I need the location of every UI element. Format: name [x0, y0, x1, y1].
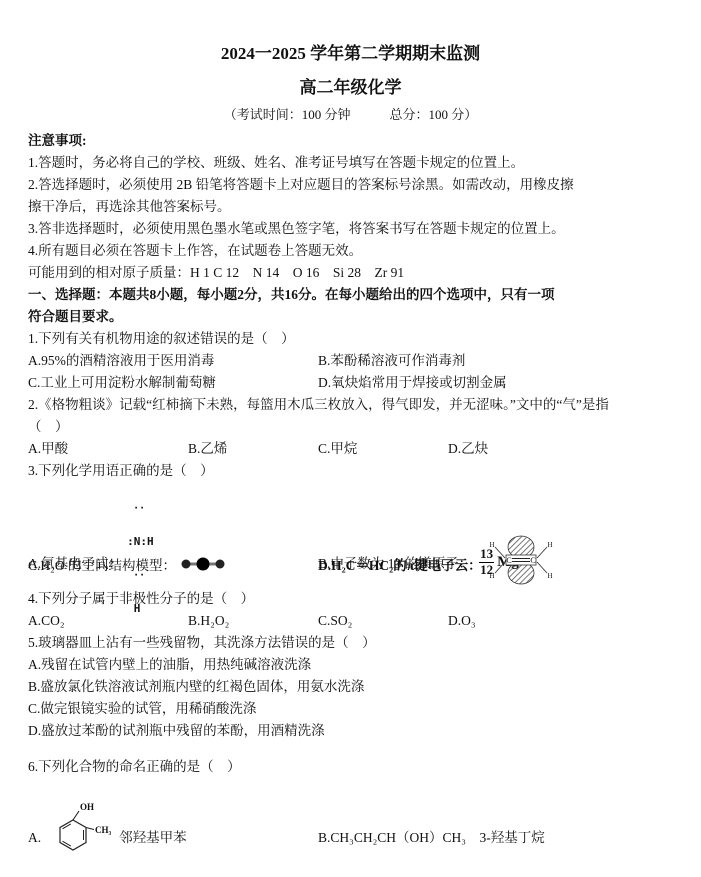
question-1-options: A.95%的酒精溶液用于医用消毒 B.苯酚稀溶液可作消毒剂 C.工业上可用淀粉水…: [28, 350, 673, 394]
question-2-options: A.甲酸 B.乙烯 C.甲烷 D.乙炔: [28, 438, 673, 460]
question-6-options: A. OH CH₃ 邻羟基甲苯 B.CH₃CH₂CH（OH）CH₃ 3-羟基丁烷: [28, 792, 673, 856]
q1-option-b: B.苯酚稀溶液可作消毒剂: [318, 350, 673, 372]
notices-heading: 注意事项:: [28, 130, 673, 152]
svg-text:C: C: [506, 556, 511, 565]
question-5-stem: 5.玻璃器皿上沾有一些残留物，其洗涤方法错误的是（ ）: [28, 632, 673, 654]
q5-option-d: D.盛放过苯酚的试剂瓶中残留的苯酚，用酒精洗涤: [28, 720, 673, 742]
q6-option-a-prefix: A.: [28, 830, 41, 856]
q5-option-a: A.残留在试管内壁上的油脂，用热纯碱溶液洗涤: [28, 654, 673, 676]
svg-text:OH: OH: [80, 802, 94, 812]
question-2-stem-line2: （ ）: [28, 416, 673, 438]
q1-option-c: C.工业上可用淀粉水解制葡萄糖: [28, 372, 318, 394]
section-heading-line2: 符合题目要求。: [28, 306, 673, 328]
svg-text:H: H: [547, 572, 552, 580]
q4-option-c: C.SO₂: [318, 610, 448, 632]
svg-text:H: H: [489, 541, 494, 549]
q6-option-a: A. OH CH₃ 邻羟基甲苯: [28, 800, 318, 856]
svg-text:C: C: [530, 556, 535, 565]
q1-option-a: A.95%的酒精溶液用于医用消毒: [28, 350, 318, 372]
atomic-mass-note: 可能用到的相对原子质量：H 1 C 12 N 14 O 16 Si 28 Zr …: [28, 262, 673, 284]
q4-option-b: B.H₂O₂: [188, 610, 318, 632]
notice-item-1: 1.答题时，务必将自己的学校、班级、姓名、准考证号填写在答题卡规定的位置上。: [28, 152, 673, 174]
q3-option-d: D.H₂C＝HC₂的π键电子云： C C H H: [318, 541, 673, 587]
q4-option-d: D.O₃: [448, 610, 673, 632]
q2-option-a: A.甲酸: [28, 438, 188, 460]
q5-option-b: B.盛放氯化铁溶液试剂瓶内壁的红褐色固体，用氨水洗涤: [28, 676, 673, 698]
notice-item-3: 3.答非选择题时，必须使用黑色墨水笔或黑色签字笔，将答案书写在答题卡规定的位置上…: [28, 218, 673, 240]
ball-stick-model-figure: [179, 556, 227, 572]
svg-text:CH₃: CH₃: [95, 825, 112, 835]
question-3-options-ab: A.氨基电子式： ·· :N:H ·· H B.中子数为 13 的镁原子： 13…: [28, 482, 673, 540]
notice-item-4: 4.所有题目必须在答题卡上作答，在试题卷上答题无效。: [28, 240, 673, 262]
q2-option-c: C.甲烷: [318, 438, 448, 460]
q2-option-d: D.乙炔: [448, 438, 673, 460]
question-1-stem: 1.下列有关有机物用途的叙述错误的是（ ）: [28, 328, 673, 350]
svg-text:H: H: [547, 541, 552, 549]
pi-bond-cloud-figure: C C H H H H: [485, 533, 557, 587]
electron-dot-formula: ·· :N:H ·· H: [127, 480, 180, 640]
exam-title: 2024一2025 学年第二学期期末监测: [28, 42, 673, 66]
question-4-stem: 4.下列分子属于非极性分子的是（ ）: [28, 588, 673, 610]
exam-subtitle: 高二年级化学: [28, 76, 673, 100]
q1-option-d: D.氧炔焰常用于焊接或切割金属: [318, 372, 673, 394]
svg-text:H: H: [489, 572, 494, 580]
notice-item-2-line2: 擦干净后，再选涂其他答案标号。: [28, 196, 673, 218]
q2-option-b: B.乙烯: [188, 438, 318, 460]
exam-paper-page: 2024一2025 学年第二学期期末监测 高二年级化学 （考试时间：100 分钟…: [0, 0, 701, 877]
benzene-ring-structure: OH CH₃: [45, 800, 115, 856]
question-4-options: A.CO₂ B.H₂O₂ C.SO₂ D.O₃: [28, 610, 673, 632]
q5-option-c: C.做完银镜实验的试管，用稀硝酸洗涤: [28, 698, 673, 720]
question-2-stem-line1: 2.《格物粗谈》记载“红柿摘下未熟，每篮用木瓜三枚放入，得气即发，并无涩味。”文…: [28, 394, 673, 416]
question-6-stem: 6.下列化合物的命名正确的是（ ）: [28, 756, 673, 778]
q3-option-d-label: D.H₂C＝HC₂的π键电子云：: [318, 554, 482, 574]
question-3-stem: 3.下列化学用语正确的是（ ）: [28, 460, 673, 482]
section-heading-line1: 一、选择题：本题共8小题，每小题2分，共16分。在每小题给出的四个选项中，只有一…: [28, 284, 673, 306]
notice-item-2-line1: 2.答选择题时，必须使用 2B 铅笔将答题卡上对应题目的答案标号涂黑。如需改动，…: [28, 174, 673, 196]
q6-option-b: B.CH₃CH₂CH（OH）CH₃ 3-羟基丁烷: [318, 826, 673, 856]
exam-meta-info: （考试时间：100 分钟 总分：100 分）: [28, 104, 673, 126]
q6-option-a-name: 邻羟基甲苯: [119, 826, 187, 856]
